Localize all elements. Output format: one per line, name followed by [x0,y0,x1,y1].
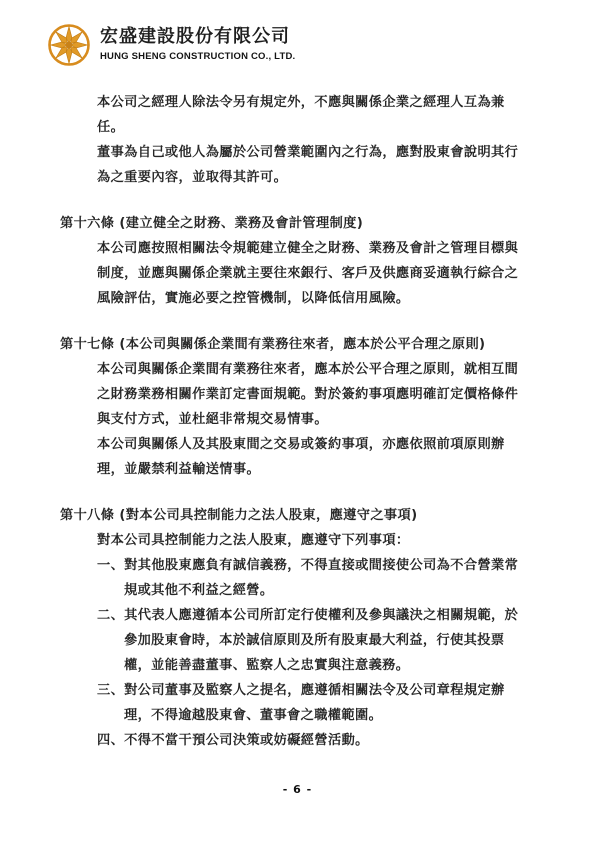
paragraph-line: 之財務業務相關作業訂定書面規範。對於簽約事項應明確訂定價格條件 [0,382,595,407]
article-heading-17: 第十七條 (本公司與關係企業間有業務往來者，應本於公平合理之原則) [0,332,595,357]
paragraph-line: 制度，並應與關係企業就主要往來銀行、客戶及供應商妥適執行綜合之 [0,261,595,286]
paragraph-line: 本公司之經理人除法令另有規定外，不應與關係企業之經理人互為兼 [0,90,595,115]
article-heading-18: 第十八條 (對本公司具控制能力之法人股東，應遵守之事項) [0,503,595,528]
article-heading-16: 第十六條 (建立健全之財務、業務及會計管理制度) [0,211,595,236]
page-header: 宏盛建設股份有限公司 HUNG SHENG CONSTRUCTION CO., … [47,23,295,67]
list-item-1-line: 一、對其他股東應負有誠信義務，不得直接或間接使公司為不合營業常 [0,553,595,578]
list-item-4-line: 四、不得不當干預公司決策或妨礙經營活動。 [0,728,595,753]
list-item-3-line: 三、對公司董事及監察人之提名，應遵循相關法令及公司章程規定辦 [0,678,595,703]
list-item-2-line: 二、其代表人應遵循本公司所訂定行使權利及參與議決之相關規範，於 [0,603,595,628]
paragraph-line: 本公司與關係企業間有業務往來者，應本於公平合理之原則，就相互間 [0,357,595,382]
paragraph-line: 本公司與關係人及其股東間之交易或簽約事項，亦應依照前項原則辦 [0,432,595,457]
company-name-zh: 宏盛建設股份有限公司 [100,26,295,48]
list-item-2-line: 權，並能善盡董事、監察人之忠實與注意義務。 [0,653,595,678]
company-name-en: HUNG SHENG CONSTRUCTION CO., LTD. [100,51,295,62]
paragraph-line: 對本公司具控制能力之法人股東，應遵守下列事項： [0,528,595,553]
paragraph-line: 本公司應按照相關法令規範建立健全之財務、業務及會計之管理目標與 [0,236,595,261]
page-number: - 6 - [0,783,595,796]
company-logo-icon [47,23,91,67]
document-page: 宏盛建設股份有限公司 HUNG SHENG CONSTRUCTION CO., … [0,0,595,842]
paragraph-line: 任。 [0,115,595,140]
list-item-2-line: 參加股東會時，本於誠信原則及所有股東最大利益，行使其投票 [0,628,595,653]
list-item-3-line: 理，不得逾越股東會、董事會之職權範圍。 [0,703,595,728]
paragraph-line: 與支付方式，並杜絕非常規交易情事。 [0,407,595,432]
company-name-block: 宏盛建設股份有限公司 HUNG SHENG CONSTRUCTION CO., … [100,23,295,62]
document-content: 本公司之經理人除法令另有規定外，不應與關係企業之經理人互為兼 任。 董事為自己或… [0,90,595,753]
paragraph-line: 為之重要內容，並取得其許可。 [0,165,595,190]
list-item-1-line: 規或其他不利益之經營。 [0,578,595,603]
paragraph-line: 理，並嚴禁利益輸送情事。 [0,457,595,482]
paragraph-line: 董事為自己或他人為屬於公司營業範圍內之行為，應對股東會說明其行 [0,140,595,165]
paragraph-line: 風險評估，實施必要之控管機制，以降低信用風險。 [0,286,595,311]
